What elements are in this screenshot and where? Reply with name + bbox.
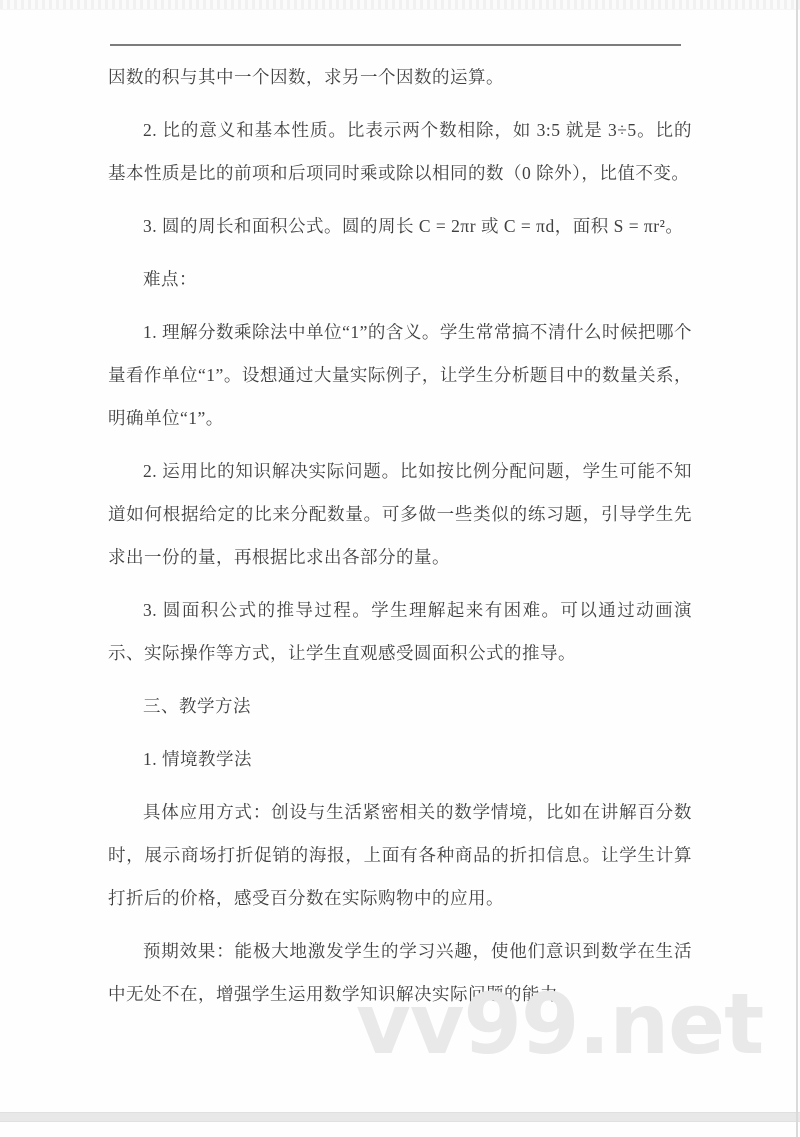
paragraph: 难点：	[108, 258, 692, 301]
previous-page-edge	[0, 0, 800, 10]
paragraph: 1. 理解分数乘除法中单位“1”的含义。学生常常搞不清什么时候把哪个量看作单位“…	[108, 311, 692, 440]
paragraph: 2. 运用比的知识解决实际问题。比如按比例分配问题，学生可能不知道如何根据给定的…	[108, 450, 692, 579]
paragraph: 因数的积与其中一个因数，求另一个因数的运算。	[108, 56, 692, 99]
document-body: 因数的积与其中一个因数，求另一个因数的运算。 2. 比的意义和基本性质。比表示两…	[108, 56, 692, 1026]
right-edge-border	[796, 0, 798, 1137]
paragraph: 具体应用方式：创设与生活紧密相关的数学情境，比如在讲解百分数时，展示商场打折促销…	[108, 791, 692, 920]
watermark: vv99.net	[356, 982, 763, 1066]
page-separator	[0, 1112, 800, 1122]
paragraph: 2. 比的意义和基本性质。比表示两个数相除，如 3:5 就是 3÷5。比的基本性…	[108, 109, 692, 195]
paragraph: 三、教学方法	[108, 685, 692, 728]
document-page: 因数的积与其中一个因数，求另一个因数的运算。 2. 比的意义和基本性质。比表示两…	[0, 0, 800, 1137]
paragraph: 3. 圆面积公式的推导过程。学生理解起来有困难。可以通过动画演示、实际操作等方式…	[108, 589, 692, 675]
paragraph: 3. 圆的周长和面积公式。圆的周长 C = 2πr 或 C = πd，面积 S …	[108, 205, 692, 248]
paragraph: 1. 情境教学法	[108, 738, 692, 781]
horizontal-divider	[110, 44, 681, 46]
